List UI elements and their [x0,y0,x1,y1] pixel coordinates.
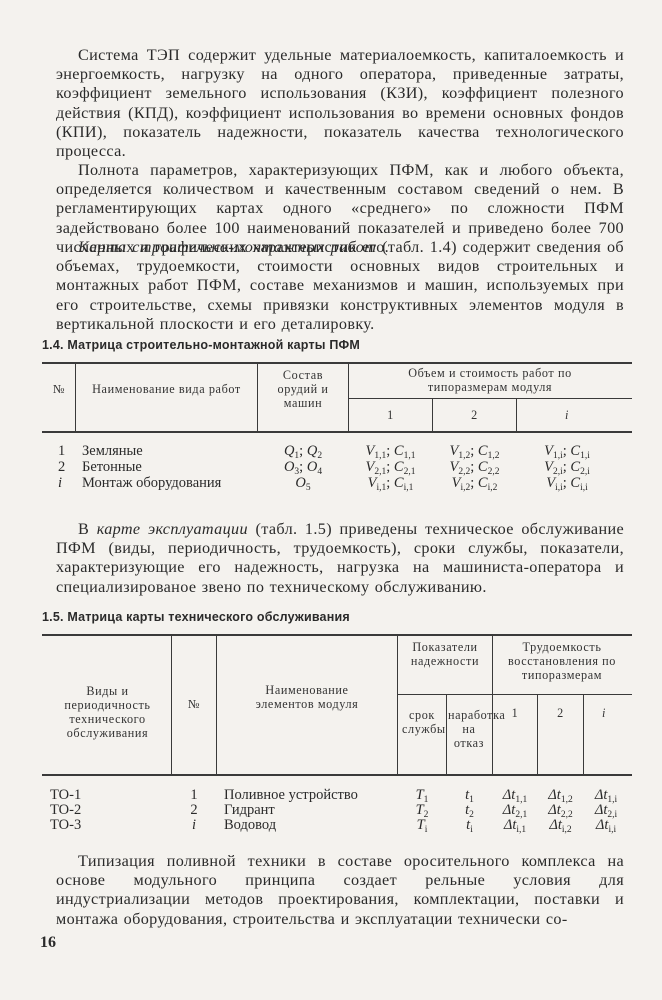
paragraph-teps-system: Система ТЭП содержит удельные материалое… [56,46,624,161]
table-col-divider [492,634,493,775]
cell-mtbf: ti [447,818,492,833]
emphasis-term: карте эксплуатации [97,520,248,538]
cell-size-i: V2,i; C2,i [517,460,617,475]
header-work-name: Наименование вида работ [76,382,257,396]
header-num: № [172,697,216,711]
paragraph-text: Типизация поливной техники в составе оро… [56,852,624,928]
table-col-divider [257,362,258,432]
cell-size-1: V2,1; C2,1 [349,460,432,475]
cell-element-name: Водовод [224,818,276,833]
cell-service-life: T1 [398,788,446,803]
cell-labor-2: Δti,2 [538,818,583,833]
cell-tools: Q1; Q2 [258,444,348,459]
header-size-1: 1 [349,408,432,422]
table-rule-mid [397,694,632,695]
cell-work-name: Бетонные [82,460,142,475]
cell-maintenance-kind: ТО-3 [50,818,81,833]
cell-size-i: V1,i; C1,i [517,444,617,459]
page-number: 16 [40,934,56,952]
cell-element-name: Гидрант [224,803,275,818]
table-1-4-caption: 1.4. Матрица строительно-монтажной карты… [42,338,360,352]
paragraph-typization: Типизация поливной техники в составе оро… [56,852,624,929]
cell-num: 2 [58,460,65,475]
table-col-divider [75,362,76,432]
cell-labor-1: Δt1,1 [493,788,537,803]
header-maintenance-kinds: Виды и периодичность технического обслуж… [50,684,165,740]
cell-size-1: Vi,1; Ci,1 [349,476,432,491]
table-rule-top [42,634,632,636]
cell-size-i: Vi,i; Ci,i [517,476,617,491]
table-col-divider [397,634,398,775]
cell-labor-i: Δt1,i [584,788,628,803]
table-1-5-caption: 1.5. Матрица карты технического обслужив… [42,610,350,624]
cell-num: i [58,476,62,491]
header-size-1: 1 [493,706,537,720]
emphasis-term: Карта строительно-монтажных работ [78,238,376,256]
cell-labor-i: Δt2,i [584,803,628,818]
cell-num: 2 [172,803,216,818]
cell-size-2: V1,2; C1,2 [433,444,516,459]
table-rule-top [42,362,632,364]
cell-labor-2: Δt1,2 [538,788,583,803]
cell-num: 1 [58,444,65,459]
table-rule-header-bottom [42,431,632,433]
header-size-2: 2 [433,408,516,422]
table-rule-mid [348,398,632,399]
cell-size-1: V1,1; C1,1 [349,444,432,459]
header-size-2: 2 [538,706,583,720]
cell-work-name: Земляные [82,444,143,459]
header-volume-cost: Объем и стоимость работ по типоразмерам … [370,366,610,394]
header-mtbf: наработка на отказ [448,708,490,750]
cell-tools: O3; O4 [258,460,348,475]
cell-work-name: Монтаж оборудования [82,476,221,491]
cell-size-2: Vi,2; Ci,2 [433,476,516,491]
book-page: Система ТЭП содержит удельные материалое… [0,0,662,1000]
table-col-divider [216,634,217,775]
header-service-life: срок службы [402,708,442,736]
header-size-i: i [517,408,617,422]
cell-labor-1: Δt2,1 [493,803,537,818]
header-tools: Состав орудий и машин [262,368,344,410]
cell-num: i [172,818,216,833]
cell-labor-i: Δti,i [584,818,628,833]
cell-service-life: T2 [398,803,446,818]
cell-num: 1 [172,788,216,803]
cell-mtbf: t1 [447,788,492,803]
header-num: № [44,382,74,396]
paragraph-text: В [78,520,97,538]
cell-labor-1: Δti,1 [493,818,537,833]
header-labor-restore: Трудоемкость восстановления по типоразме… [496,640,628,682]
header-element-name: Наименование элементов модуля [240,683,374,711]
cell-tools: O5 [258,476,348,491]
cell-element-name: Поливное устройство [224,788,358,803]
paragraph-operation-card: В карте эксплуатации (табл. 1.5) приведе… [56,520,624,597]
cell-size-2: V2,2; C2,2 [433,460,516,475]
cell-maintenance-kind: ТО-1 [50,788,81,803]
cell-labor-2: Δt2,2 [538,803,583,818]
table-rule-header-bottom [42,774,632,776]
header-reliability: Показатели надежности [400,640,490,668]
paragraph-construction-card: Карта строительно-монтажных работ (табл.… [56,238,624,334]
cell-mtbf: t2 [447,803,492,818]
cell-maintenance-kind: ТО-2 [50,803,81,818]
paragraph-text: Система ТЭП содержит удельные материалое… [56,46,624,160]
cell-service-life: Ti [398,818,446,833]
header-size-i: i [584,706,624,720]
